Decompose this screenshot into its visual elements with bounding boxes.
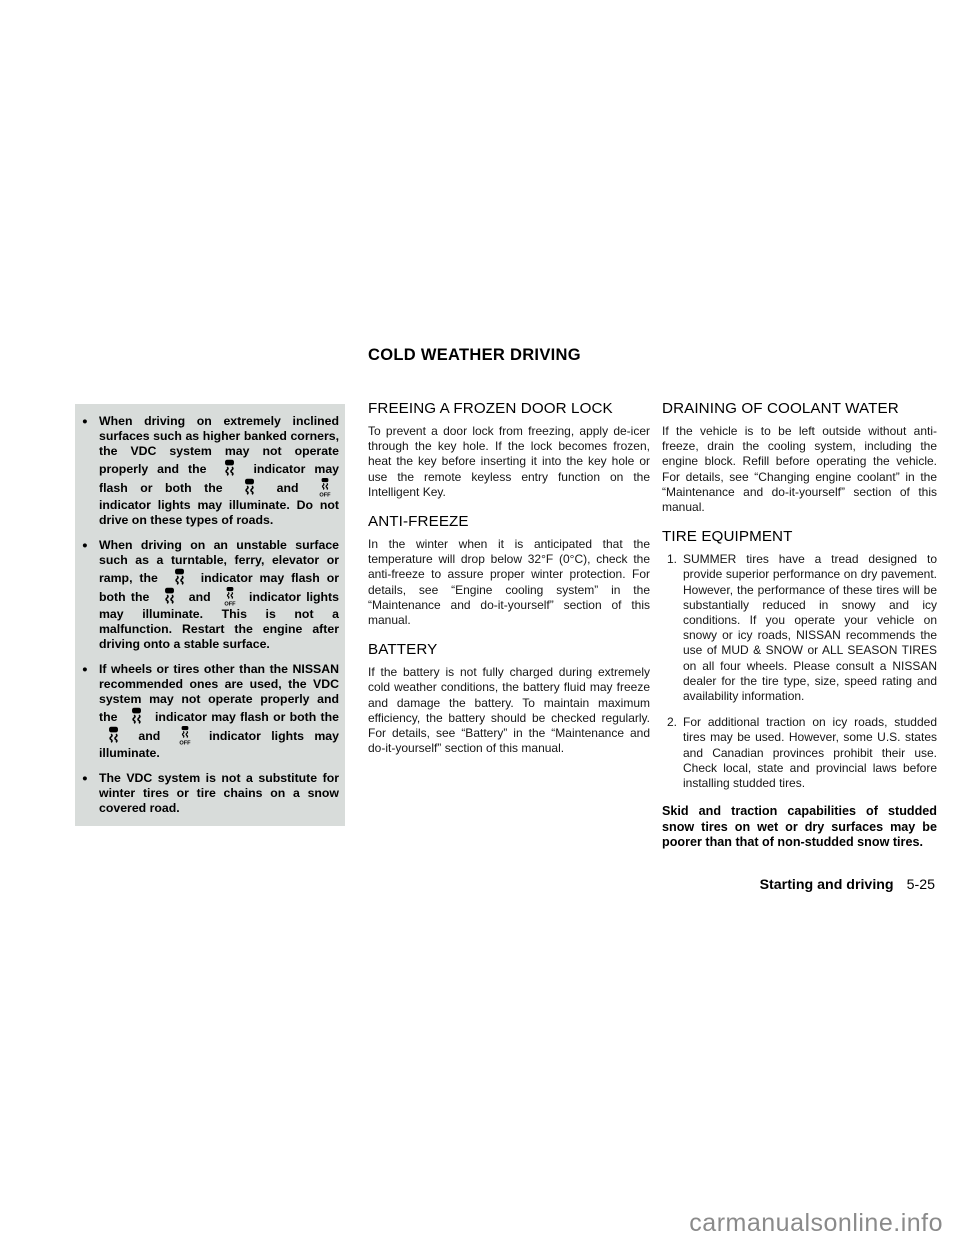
warning-text-segment: indicator lights may illuminate. Do not … <box>99 498 339 527</box>
vdc-slip-indicator-icon <box>130 707 143 725</box>
warning-bullet-text: If wheels or tires other than the NISSAN… <box>99 662 339 761</box>
warning-bullet-4: ● The VDC system is not a substitute for… <box>80 771 339 816</box>
numbered-item-1: 1. SUMMER tires have a tread designed to… <box>662 552 937 704</box>
vdc-slip-indicator-icon <box>223 459 236 477</box>
warning-text-segment: and <box>138 729 160 743</box>
warning-bullet-text: When driving on an unstable surface such… <box>99 538 339 652</box>
vdc-off-indicator-icon: OFF <box>319 477 331 498</box>
vdc-slip-indicator-icon <box>173 568 186 586</box>
page-title: COLD WEATHER DRIVING <box>368 346 581 365</box>
list-item-text: For additional traction on icy roads, st… <box>683 715 937 791</box>
section-heading: TIRE EQUIPMENT <box>662 528 937 545</box>
footer-section-label: Starting and driving <box>760 877 894 893</box>
numbered-item-2: 2. For additional traction on icy roads,… <box>662 715 937 791</box>
column-right: DRAINING OF COOLANT WATER If the vehicle… <box>662 400 937 864</box>
section-heading: DRAINING OF COOLANT WATER <box>662 400 937 417</box>
warning-bullet-2: ● When driving on an unstable surface su… <box>80 538 339 652</box>
warning-text-segment: and <box>189 590 211 604</box>
svg-text:OFF: OFF <box>179 741 191 747</box>
section-battery: BATTERY If the battery is not fully char… <box>368 641 650 756</box>
section-body: In the winter when it is anticipated tha… <box>368 537 650 628</box>
section-heading: FREEING A FROZEN DOOR LOCK <box>368 400 650 417</box>
warning-bullet-text: When driving on extremely inclined surfa… <box>99 414 339 528</box>
section-draining-coolant: DRAINING OF COOLANT WATER If the vehicle… <box>662 400 937 515</box>
bullet-marker: ● <box>80 538 99 652</box>
vdc-off-indicator-icon: OFF <box>224 586 236 607</box>
section-body: If the battery is not fully charged duri… <box>368 665 650 756</box>
warning-text-segment: indicator lights may illuminate. <box>99 729 339 760</box>
page-footer: Starting and driving5-25 <box>655 877 935 893</box>
section-freeing-door-lock: FREEING A FROZEN DOOR LOCK To prevent a … <box>368 400 650 500</box>
warning-bullet-3: ● If wheels or tires other than the NISS… <box>80 662 339 761</box>
list-number: 2. <box>662 715 683 791</box>
warning-bullet-1: ● When driving on extremely inclined sur… <box>80 414 339 528</box>
warning-text-segment: The VDC system is not a substitute for w… <box>99 771 339 815</box>
section-tire-equipment: TIRE EQUIPMENT 1. SUMMER tires have a tr… <box>662 528 937 851</box>
studded-tires-note: Skid and traction capabilities of studde… <box>662 804 937 851</box>
bullet-marker: ● <box>80 771 99 816</box>
vdc-warning-box: ● When driving on extremely inclined sur… <box>75 404 345 826</box>
section-body: If the vehicle is to be left outside wit… <box>662 424 937 515</box>
section-heading: ANTI-FREEZE <box>368 513 650 530</box>
bullet-marker: ● <box>80 662 99 761</box>
footer-page-number: 5-25 <box>907 877 935 893</box>
warning-bullet-text: The VDC system is not a substitute for w… <box>99 771 339 816</box>
vdc-slip-indicator-icon <box>163 587 176 605</box>
warning-text-segment: and <box>277 481 299 495</box>
section-body: To prevent a door lock from freezing, ap… <box>368 424 650 500</box>
vdc-slip-indicator-icon <box>243 478 256 496</box>
list-item-text: SUMMER tires have a tread designed to pr… <box>683 552 937 704</box>
watermark: carmanualsonline.info <box>689 1209 943 1238</box>
warning-text-segment: indicator may flash or both the <box>155 710 339 724</box>
vdc-off-indicator-icon: OFF <box>179 725 191 746</box>
section-anti-freeze: ANTI-FREEZE In the winter when it is ant… <box>368 513 650 628</box>
vdc-slip-indicator-icon <box>107 726 120 744</box>
bullet-marker: ● <box>80 414 99 528</box>
column-middle: FREEING A FROZEN DOOR LOCK To prevent a … <box>368 400 650 769</box>
section-heading: BATTERY <box>368 641 650 658</box>
list-number: 1. <box>662 552 683 704</box>
